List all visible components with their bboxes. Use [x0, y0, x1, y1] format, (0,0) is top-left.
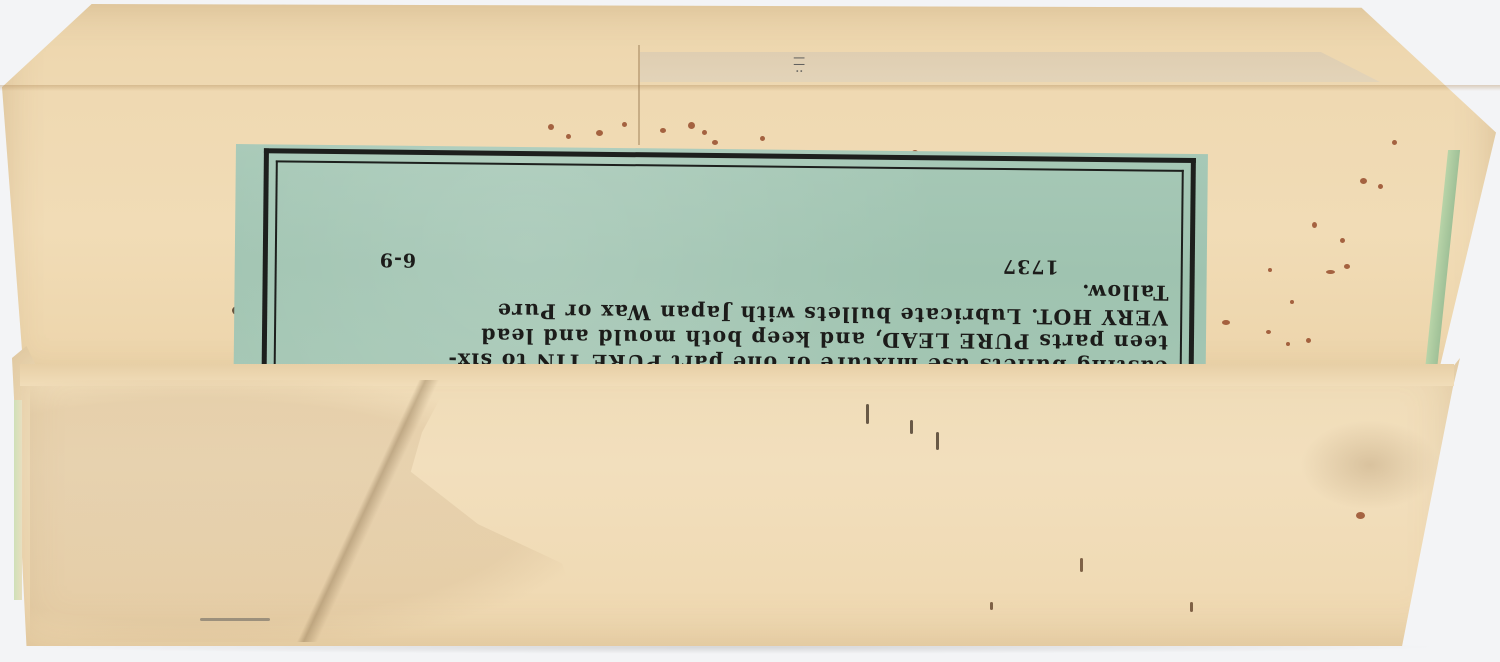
green-end-label-edge-left — [14, 400, 22, 600]
strip-mark: ||: — [793, 55, 806, 75]
top-paper-strip — [640, 52, 1380, 82]
stain-right — [1300, 420, 1440, 510]
label-number-left: 1737 — [1002, 253, 1059, 279]
inner-box-edge — [0, 85, 1500, 91]
water-stain-edge — [30, 380, 590, 642]
photo-scene: ||: Cartridge No. 3, Hazard Po — [0, 0, 1500, 662]
label-text-area: Cartridge No. 3, Hazard Powder Co.'s Ken… — [287, 169, 1169, 394]
box-seam — [638, 45, 640, 145]
instruction-label: Cartridge No. 3, Hazard Powder Co.'s Ken… — [233, 144, 1207, 394]
label-number-right: 6-9 — [379, 247, 417, 272]
